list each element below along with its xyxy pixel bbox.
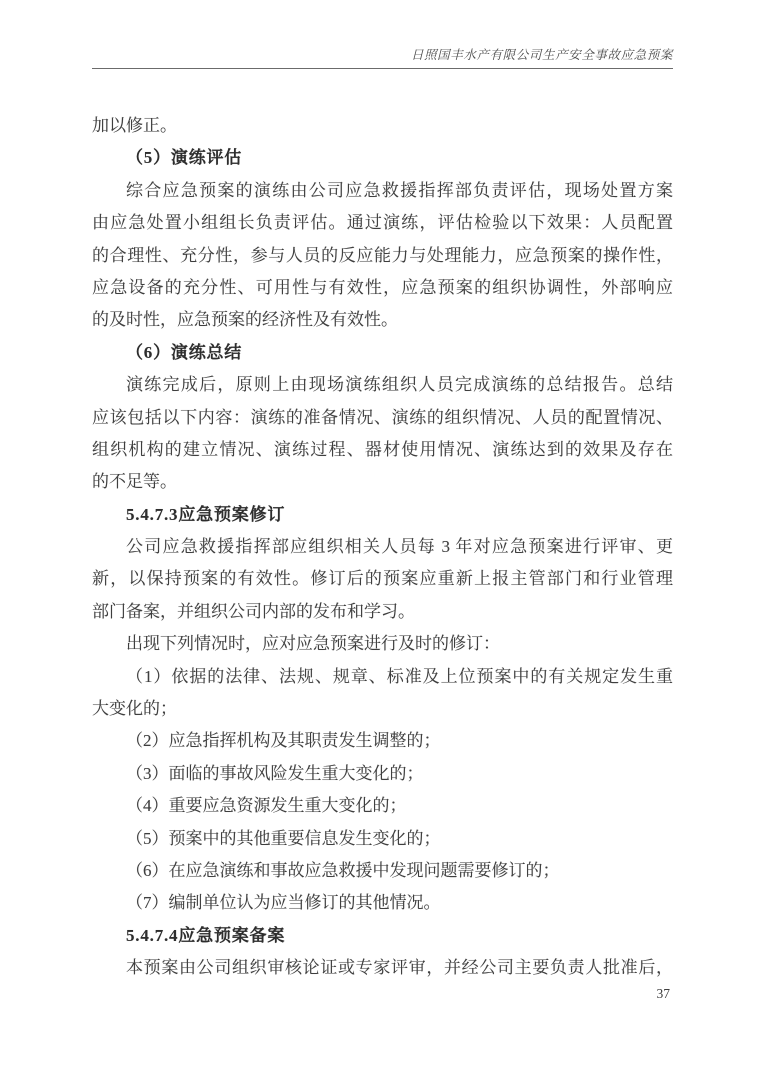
- paragraph-line: 综合应急预案的演练由公司应急救援指挥部负责评估，现场处置方案: [92, 175, 673, 207]
- paragraph-line: 公司应急救援指挥部应组织相关人员每 3 年对应急预案进行评审、更: [92, 531, 673, 563]
- page-header-title: 日照国丰水产有限公司生产安全事故应急预案: [92, 45, 673, 63]
- heading-5473-plan-revision: 5.4.7.3应急预案修订: [92, 499, 673, 531]
- page-number: 37: [92, 986, 673, 1002]
- paragraph-line: 应急设备的充分性、可用性与有效性，应急预案的组织协调性，外部响应: [92, 272, 673, 304]
- list-item-1-continuation: 大变化的；: [92, 693, 673, 725]
- paragraph-line: 部门备案，并组织公司内部的发布和学习。: [92, 596, 673, 628]
- heading-drill-evaluation: （5）演练评估: [92, 142, 673, 174]
- list-item-3: （3）面临的事故风险发生重大变化的；: [92, 758, 673, 790]
- list-item-7: （7）编制单位认为应当修订的其他情况。: [92, 887, 673, 919]
- paragraph-line: 新，以保持预案的有效性。修订后的预案应重新上报主管部门和行业管理: [92, 563, 673, 595]
- paragraph-line: 本预案由公司组织审核论证或专家评审，并经公司主要负责人批准后，: [92, 952, 673, 984]
- paragraph-line: 由应急处置小组组长负责评估。通过演练，评估检验以下效果：人员配置: [92, 207, 673, 239]
- paragraph-line: 演练完成后，原则上由现场演练组织人员完成演练的总结报告。总结: [92, 369, 673, 401]
- paragraph-line: 的及时性，应急预案的经济性及有效性。: [92, 304, 673, 336]
- document-body: 加以修正。 （5）演练评估 综合应急预案的演练由公司应急救援指挥部负责评估，现场…: [92, 110, 673, 985]
- paragraph-line-correction: 加以修正。: [92, 110, 673, 142]
- heading-drill-summary: （6）演练总结: [92, 337, 673, 369]
- heading-5474-plan-filing: 5.4.7.4应急预案备案: [92, 920, 673, 952]
- paragraph-line: 组织机构的建立情况、演练过程、器材使用情况、演练达到的效果及存在: [92, 434, 673, 466]
- paragraph-line-revision-intro: 出现下列情况时，应对应急预案进行及时的修订：: [92, 628, 673, 660]
- paragraph-line: 应该包括以下内容：演练的准备情况、演练的组织情况、人员的配置情况、: [92, 402, 673, 434]
- paragraph-line: 的合理性、充分性，参与人员的反应能力与处理能力，应急预案的操作性，: [92, 240, 673, 272]
- list-item-6: （6）在应急演练和事故应急救援中发现问题需要修订的；: [92, 855, 673, 887]
- list-item-4: （4）重要应急资源发生重大变化的；: [92, 790, 673, 822]
- list-item-1: （1）依据的法律、法规、规章、标准及上位预案中的有关规定发生重: [92, 661, 673, 693]
- header-rule-divider: [92, 68, 673, 69]
- list-item-2: （2）应急指挥机构及其职责发生调整的；: [92, 725, 673, 757]
- list-item-5: （5）预案中的其他重要信息发生变化的；: [92, 823, 673, 855]
- paragraph-line: 的不足等。: [92, 466, 673, 498]
